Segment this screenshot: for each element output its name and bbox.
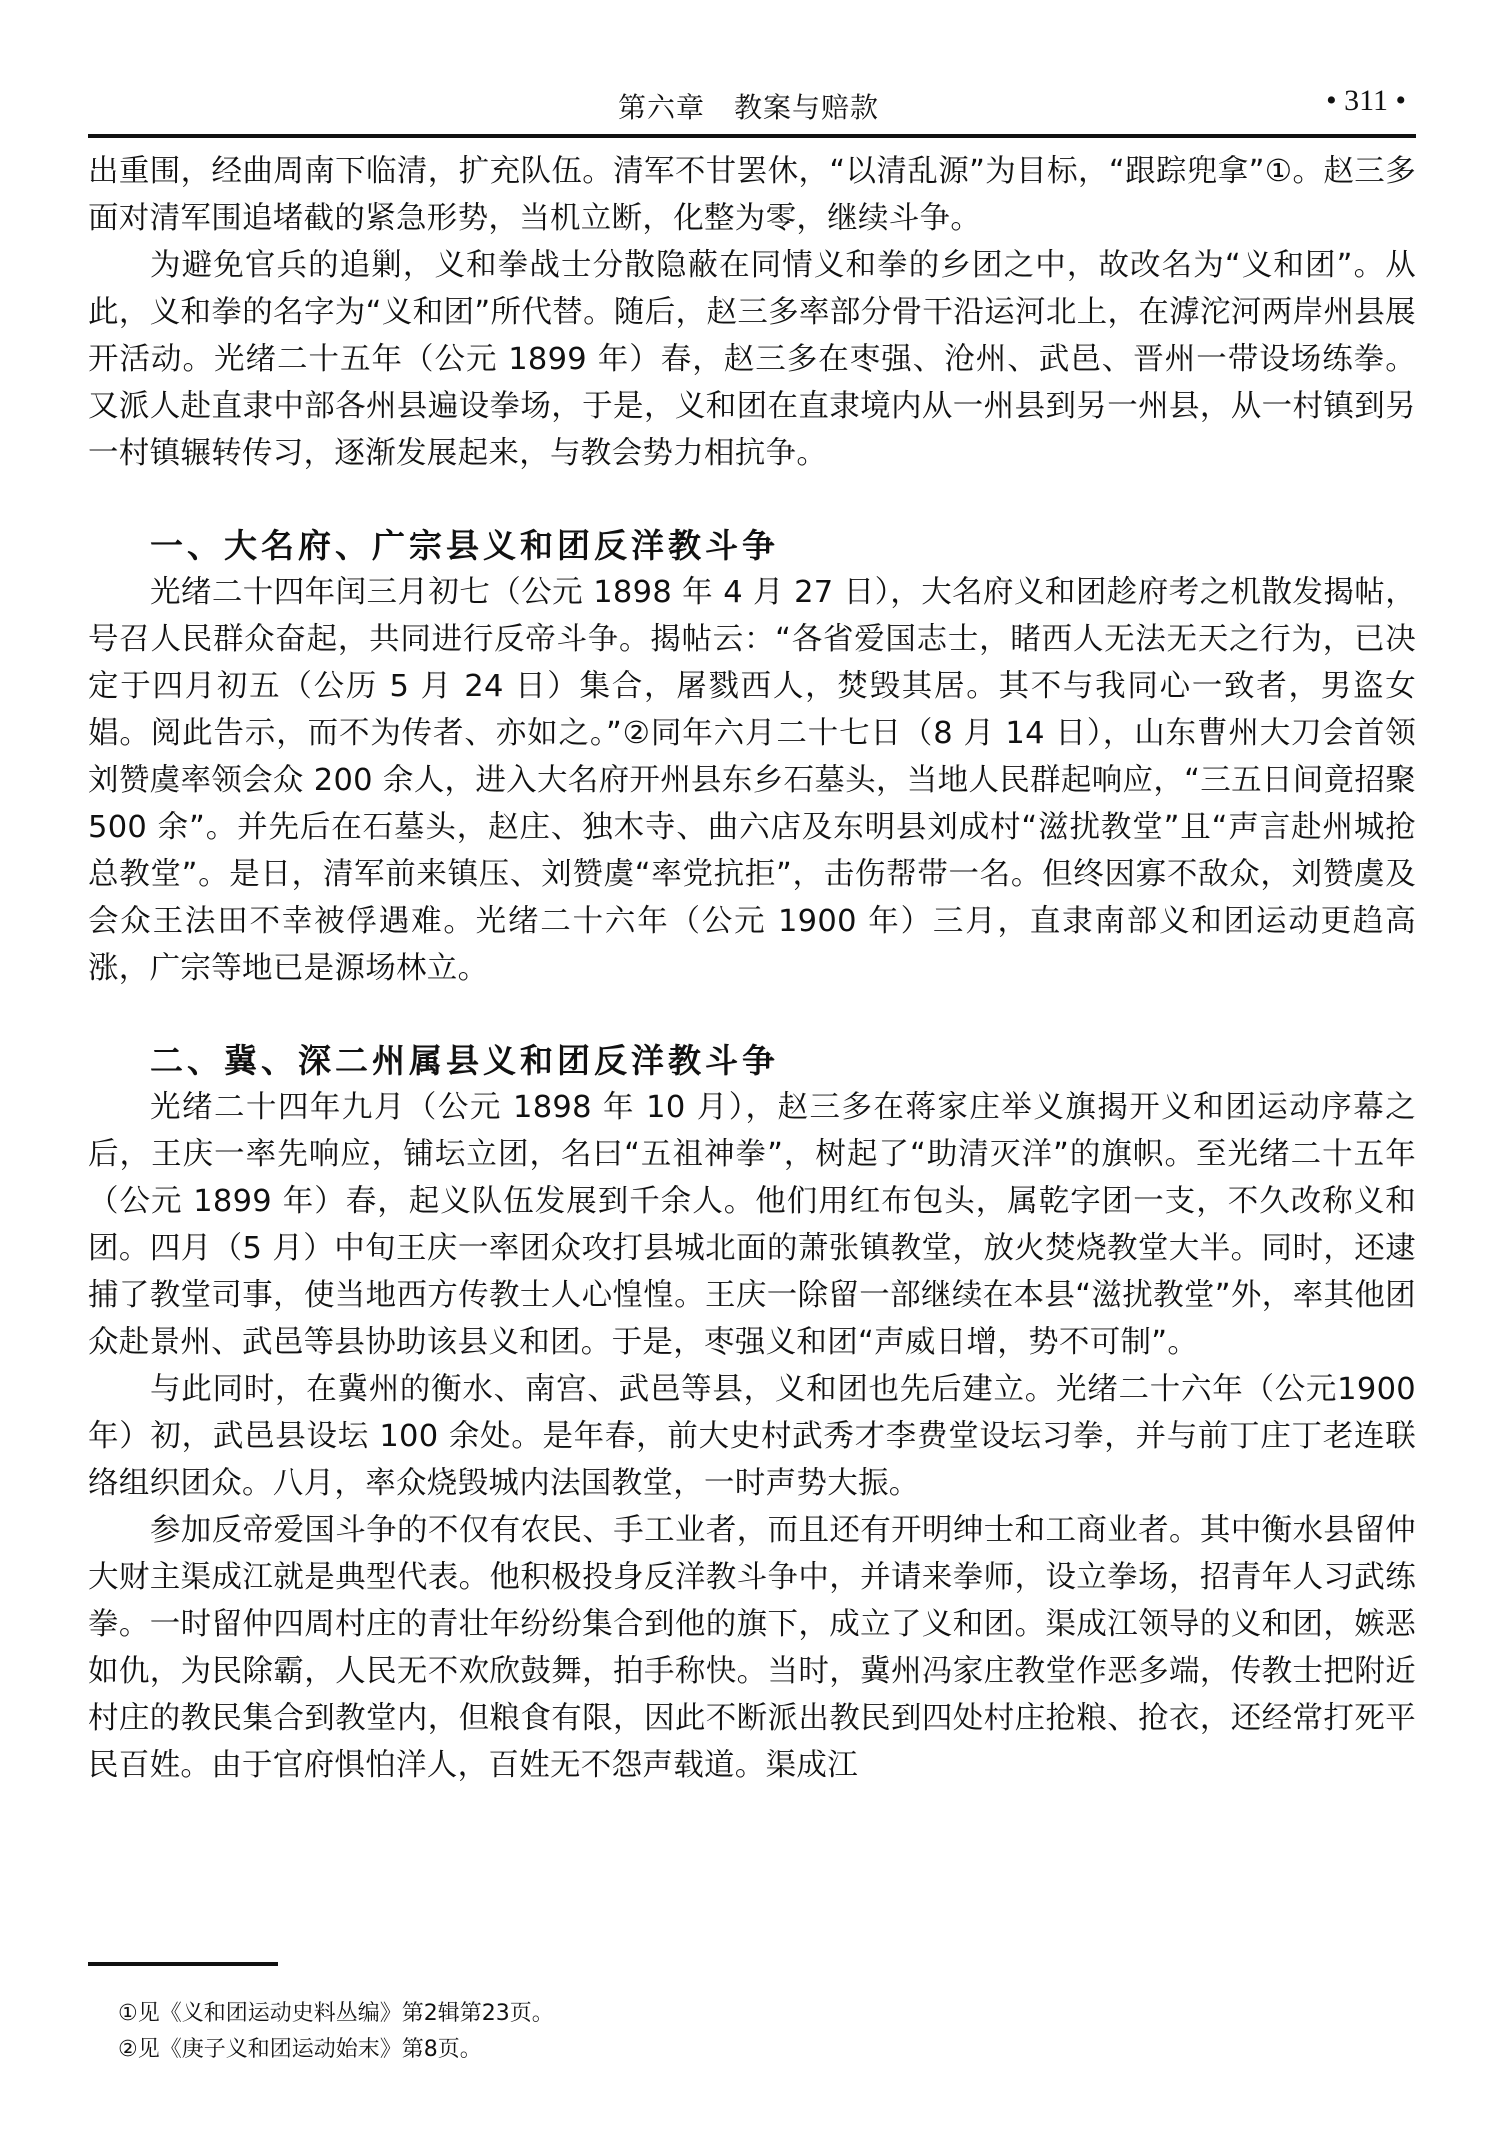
chapter-title: 第六章 教案与赔款 [618,86,879,126]
page-number: • 311 • [1326,84,1406,118]
section-heading-1: 一、大名府、广宗县义和团反洋教斗争 [88,522,1416,569]
paragraph: 光绪二十四年闰三月初七（公元 1898 年 4 月 27 日），大名府义和团趁府… [88,569,1416,992]
body-text: 出重围，经曲周南下临清，扩充队伍。清军不甘罢休，“以清乱源”为目标，“跟踪兜拿”… [88,148,1416,1789]
paragraph: 为避免官兵的追剿，义和拳战士分散隐蔽在同情义和拳的乡团之中，故改名为“义和团”。… [88,242,1416,477]
paragraph-continued: 出重围，经曲周南下临清，扩充队伍。清军不甘罢休，“以清乱源”为目标，“跟踪兜拿”… [88,148,1416,242]
paragraph: 参加反帝爱国斗争的不仅有农民、手工业者，而且还有开明绅士和工商业者。其中衡水县留… [88,1507,1416,1789]
running-header: 第六章 教案与赔款 • 311 • [88,80,1416,130]
spacer [88,992,1416,1037]
paragraph: 光绪二十四年九月（公元 1898 年 10 月），赵三多在蒋家庄举义旗揭开义和团… [88,1084,1416,1366]
paragraph: 与此同时，在冀州的衡水、南宫、武邑等县，义和团也先后建立。光绪二十六年（公元19… [88,1366,1416,1507]
spacer [88,477,1416,522]
footnote-1: ①见《义和团运动史料丛编》第2辑第23页。 [118,1996,554,2032]
header-rule [88,134,1416,138]
section-heading-2: 二、冀、深二州属县义和团反洋教斗争 [88,1037,1416,1084]
footnote-rule [88,1962,278,1966]
footnote-2: ②见《庚子义和团运动始末》第8页。 [118,2032,554,2068]
book-page: 第六章 教案与赔款 • 311 • 出重围，经曲周南下临清，扩充队伍。清军不甘罢… [0,0,1500,2145]
footnotes: ①见《义和团运动史料丛编》第2辑第23页。 ②见《庚子义和团运动始末》第8页。 [118,1996,554,2068]
